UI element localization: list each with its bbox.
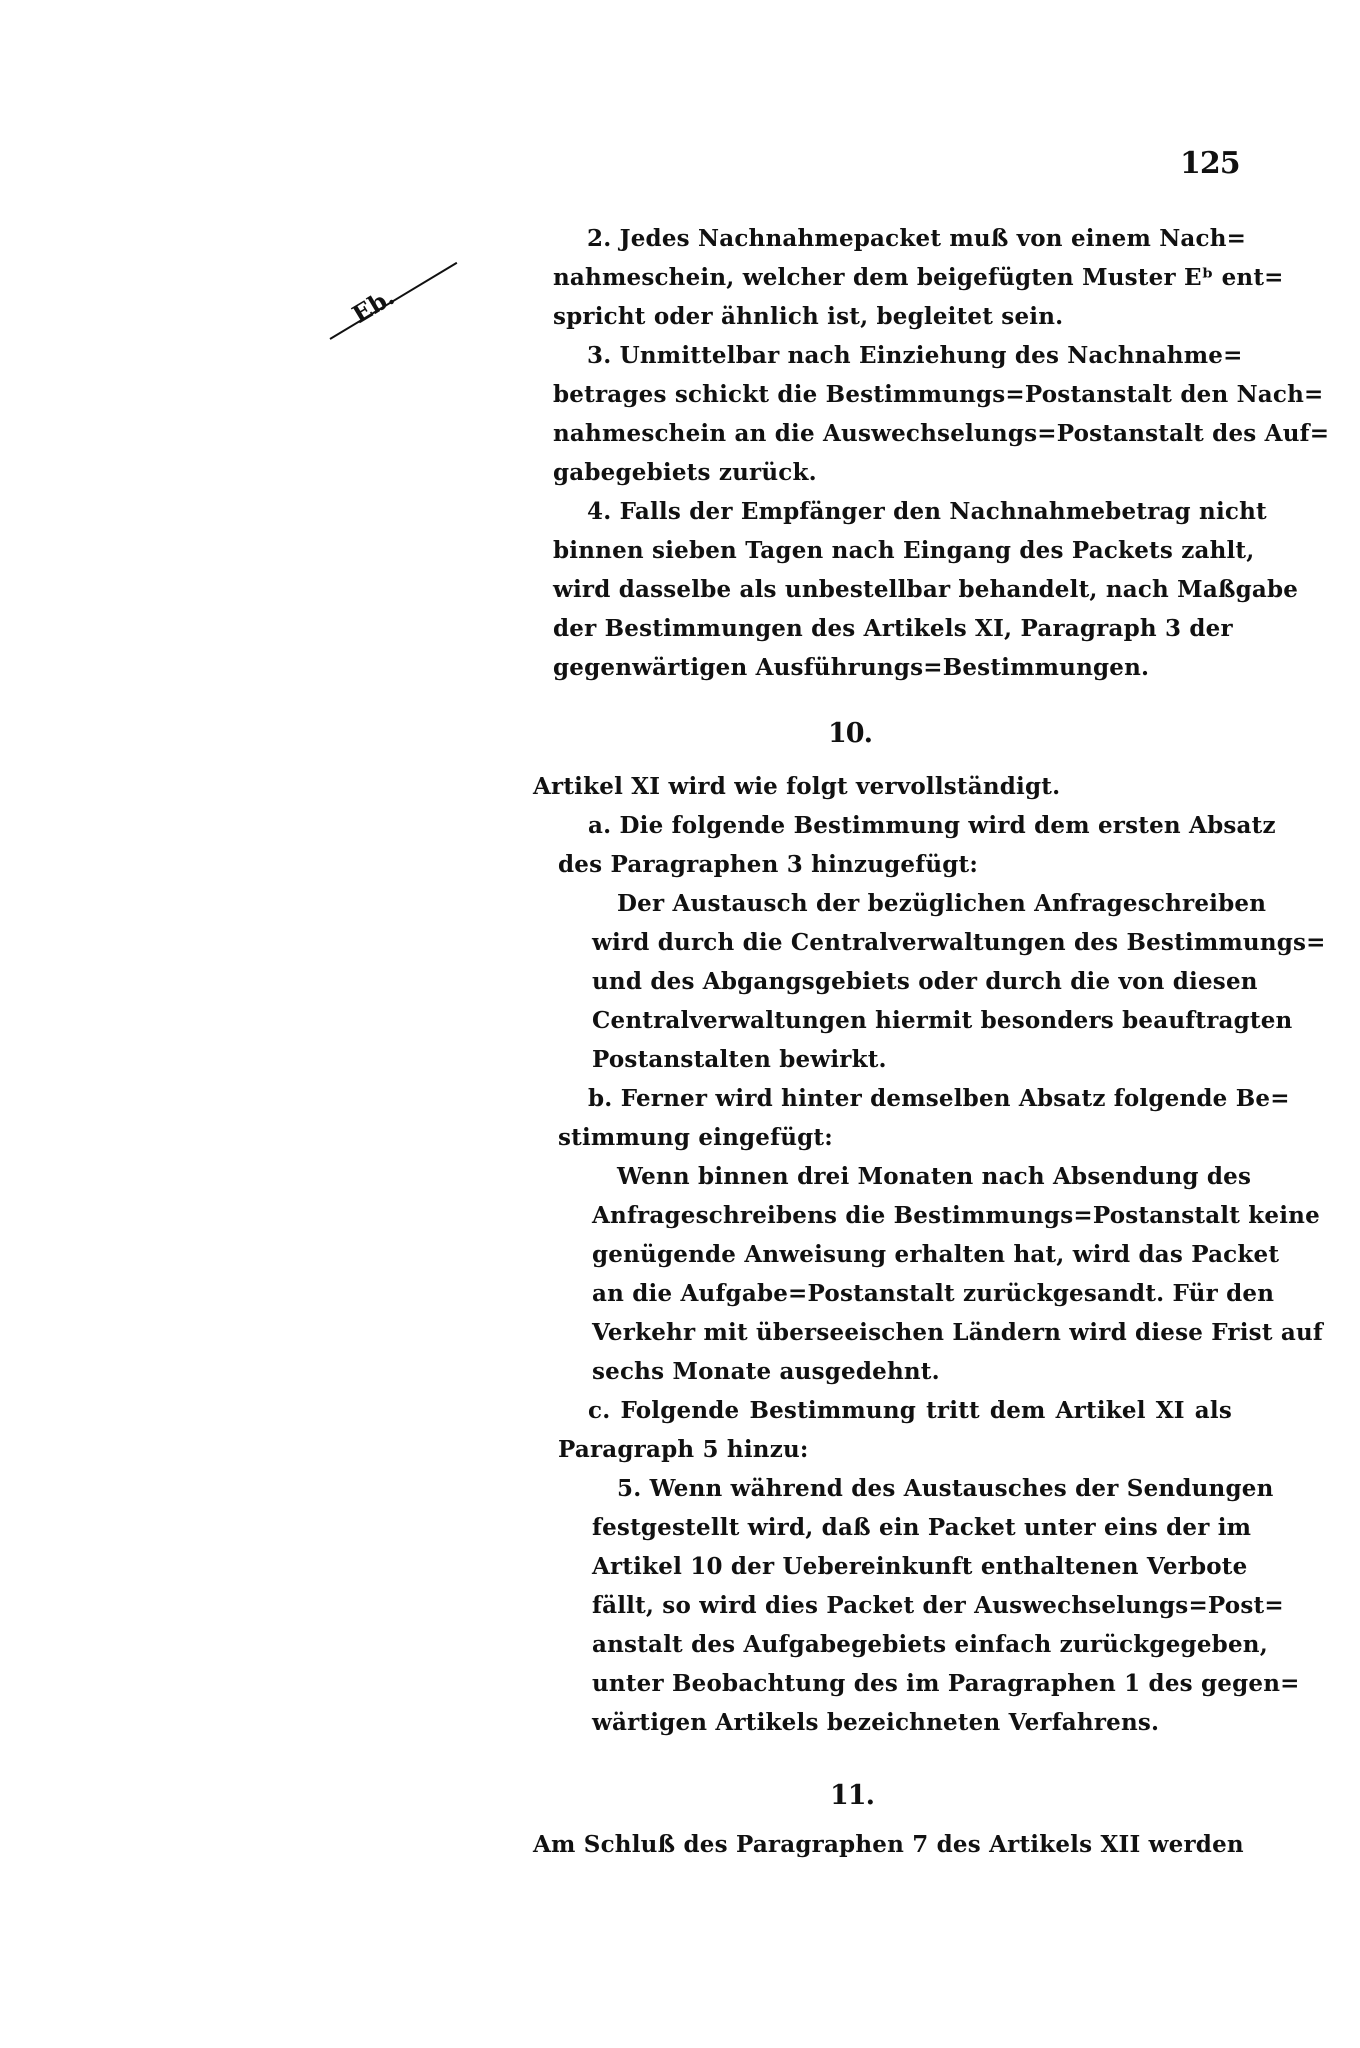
text-line: Paragraph 5 hinzu: — [558, 1432, 1232, 1468]
text-line: 5. Wenn während des Austausches der Send… — [617, 1471, 1232, 1507]
section-number-10: 10. — [790, 718, 910, 749]
text-line: an die Aufgabe=Postanstalt zurückgesandt… — [592, 1276, 1232, 1312]
text-line: gegenwärtigen Ausführungs=Bestimmungen. — [553, 650, 1232, 686]
text-line: 2. Jedes Nachnahmepacket muß von einem N… — [587, 221, 1232, 257]
text-line: nahmeschein, welcher dem beigefügten Mus… — [553, 260, 1232, 296]
text-line: anstalt des Aufgabegebiets einfach zurüc… — [592, 1627, 1232, 1663]
text-line: Der Austausch der bezüglichen Anfragesch… — [617, 886, 1232, 922]
text-line: c. Folgende Bestimmung tritt dem Artikel… — [588, 1393, 1232, 1429]
margin-note-rule — [329, 262, 457, 340]
text-line: und des Abgangsgebiets oder durch die vo… — [592, 964, 1232, 1000]
text-line: b. Ferner wird hinter demselben Absatz f… — [588, 1081, 1232, 1117]
text-line: Anfrageschreibens die Bestimmungs=Postan… — [592, 1198, 1232, 1234]
text-line: Verkehr mit überseeischen Ländern wird d… — [592, 1315, 1232, 1351]
text-line: Wenn binnen drei Monaten nach Absendung … — [617, 1159, 1232, 1195]
text-line: wird dasselbe als unbestellbar behandelt… — [553, 572, 1232, 608]
text-line: spricht oder ähnlich ist, begleitet sein… — [553, 299, 1232, 335]
text-line: a. Die folgende Bestimmung wird dem erst… — [588, 808, 1232, 844]
text-line: Artikel XI wird wie folgt vervollständig… — [533, 769, 1232, 805]
text-line: wird durch die Centralverwaltungen des B… — [592, 925, 1232, 961]
text-line: 4. Falls der Empfänger den Nachnahmebetr… — [587, 494, 1232, 530]
text-line: wärtigen Artikels bezeichneten Verfahren… — [592, 1705, 1232, 1741]
page-number: 125 — [1180, 146, 1240, 181]
text-line: sechs Monate ausgedehnt. — [592, 1354, 1232, 1390]
text-line: unter Beobachtung des im Paragraphen 1 d… — [592, 1666, 1232, 1702]
text-line: festgestellt wird, daß ein Packet unter … — [592, 1510, 1232, 1546]
text-line: stimmung eingefügt: — [558, 1120, 1232, 1156]
text-line: der Bestimmungen des Artikels XI, Paragr… — [553, 611, 1232, 647]
text-line: Artikel 10 der Uebereinkunft enthaltenen… — [592, 1549, 1232, 1585]
text-line: nahmeschein an die Auswechselungs=Postan… — [553, 416, 1232, 452]
text-line: fällt, so wird dies Packet der Auswechse… — [592, 1588, 1232, 1624]
text-line: binnen sieben Tagen nach Eingang des Pac… — [553, 533, 1232, 569]
text-line: gabegebiets zurück. — [553, 455, 1232, 491]
text-line: Centralverwaltungen hiermit besonders be… — [592, 1003, 1232, 1039]
text-line: Postanstalten bewirkt. — [592, 1042, 1232, 1078]
text-line: Am Schluß des Paragraphen 7 des Artikels… — [533, 1827, 1232, 1863]
text-line: des Paragraphen 3 hinzugefügt: — [558, 847, 1232, 883]
text-line: genügende Anweisung erhalten hat, wird d… — [592, 1237, 1232, 1273]
text-line: 3. Unmittelbar nach Einziehung des Nachn… — [587, 338, 1232, 374]
section-number-11: 11. — [792, 1780, 912, 1811]
text-line: betrages schickt die Bestimmungs=Postans… — [553, 377, 1232, 413]
